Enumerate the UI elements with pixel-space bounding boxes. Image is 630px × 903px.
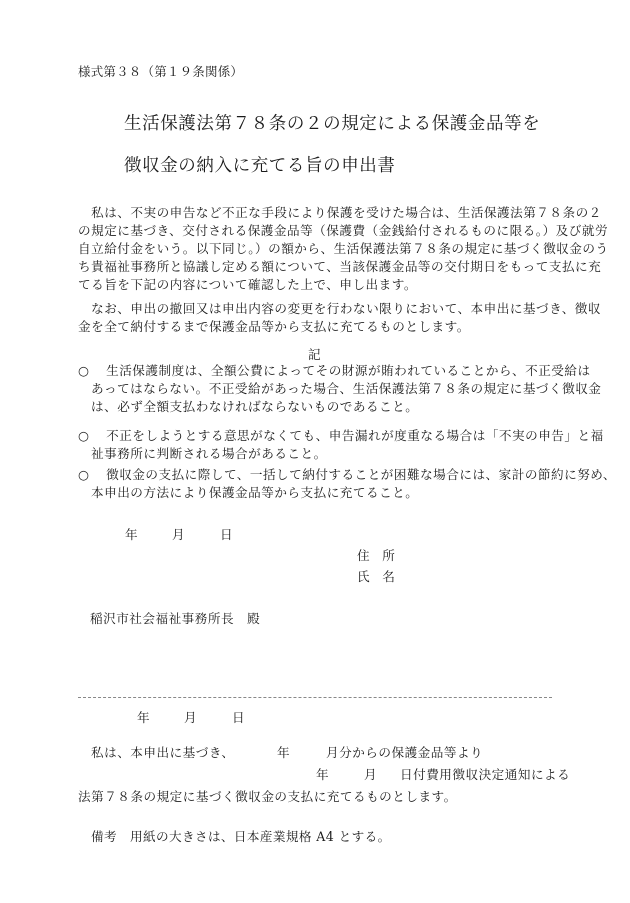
list-item-line: 不正をしようとする意思がなくても、申告漏れが度重なる場合は「不実の申告」と福 [93,427,604,445]
declaration-line: 金を全て納付するまで保護金品等から支払に充てるものとします。 [78,318,470,336]
date-month-label: 月 [184,707,197,726]
addressee: 稲沢市社会福祉事務所長 殿 [90,608,260,627]
form-number: 様式第３８（第１９条関係） [78,62,243,80]
document-title-line-1: 生活保護法第７８条の２の規定による保護金品等を [124,110,540,135]
year-label: 年 [277,744,290,762]
address-label: 住 所 [357,545,395,564]
item-marker-circle-icon: ○ [78,427,90,445]
date-day-label: 日 [232,707,245,726]
declaration-line: の規定に基づき、交付される保護金品等（保護費（金銭給付されるものに限る。）及び就… [78,222,608,240]
item-marker-circle-icon: ○ [78,362,90,380]
declaration-line: ち貴福祉事務所と協議し定める額について、当該保護金品等の交付期日をもって支払に充 [78,258,601,276]
month-label: 月 [364,766,377,784]
list-item-line: 本申出の方法により保護金品等から支払に充てること。 [91,484,418,502]
list-item-line: は、必ず全額支払わなければならないものであること。 [91,398,418,416]
cut-line-divider [78,697,552,698]
confirmation-text: 法第７８条の規定に基づく徴収金の支払に充てるものとします。 [78,788,457,806]
declaration-line: 自立給付金をいう。以下同じ。）の額から、生活保護法第７８条の規定に基づく徴収金の… [78,240,609,258]
ki-heading: 記 [308,344,321,363]
list-item-line: 祉事務所に判断される場合があること。 [91,445,327,463]
date-day-label: 日 [220,524,233,543]
date-year-label: 年 [137,707,150,726]
confirmation-text: 私は、本申出に基づき、 [91,744,235,762]
declaration-line: なお、申出の撤回又は申出内容の変更を行わない限りにおいて、本申出に基づき、徴収 [78,300,601,318]
declaration-line: てる旨を下記の内容について確認した上で、申し出ます。 [78,276,417,294]
declaration-line: 私は、不実の申告など不正な手段により保護を受けた場合は、生活保護法第７８条の２ [78,204,602,222]
remarks-note: 備考 用紙の大きさは、日本産業規格 A4 とする。 [91,826,391,845]
document-title-line-2: 徴収金の納入に充てる旨の申出書 [124,152,396,177]
list-item-line: 徴収金の支払に際して、一括して納付することが困難な場合には、家計の節約に努め、 [93,466,616,484]
list-item-line: あってはならない。不正受給があった場合、生活保護法第７８条の規定に基づく徴収金 [91,380,601,398]
item-marker-circle-icon: ○ [78,466,90,484]
name-label: 氏 名 [357,566,395,585]
confirmation-text: 日付費用徴収決定通知による [400,766,570,784]
confirmation-text: 月分からの保護金品等より [326,744,483,762]
year-label: 年 [316,766,329,784]
date-month-label: 月 [172,524,185,543]
list-item-line: 生活保護制度は、全額公費によってその財源が賄われていることから、不正受給は [93,362,591,380]
date-year-label: 年 [125,524,138,543]
